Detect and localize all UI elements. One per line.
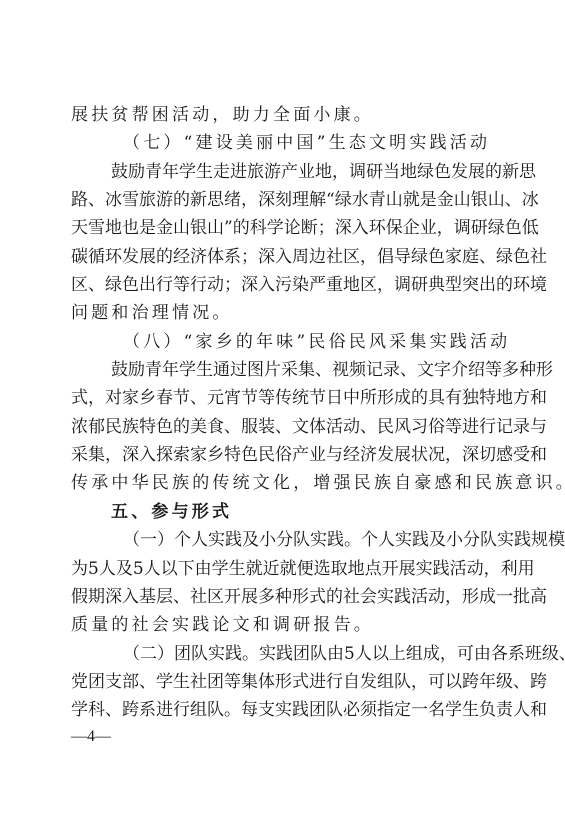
text-line: 展扶贫帮困活动，助力全面小康。 <box>71 101 499 129</box>
section-heading: 五、参与形式 <box>71 498 499 526</box>
text-line: 区、绿色出行等行动；深入污染严重地区，调研典型突出的环境 <box>71 271 499 299</box>
text-line: 鼓励青年学生通过图片采集、视频记录、文字介绍等多种形 <box>71 356 499 384</box>
text-line: 浓郁民族特色的美食、服装、文体活动、民风习俗等进行记录与 <box>71 413 499 441</box>
text-line: 为5人及5人以下由学生就近就便选取地点开展实践活动，利用 <box>71 555 499 583</box>
text-line: 路、冰雪旅游的新思绪，深刻理解“绿水青山就是金山银山、冰 <box>71 186 499 214</box>
page-number: —4— <box>71 728 111 746</box>
text-line: 传承中华民族的传统文化，增强民族自豪感和民族意识。 <box>71 469 499 497</box>
text-line: 鼓励青年学生走进旅游产业地，调研当地绿色发展的新思 <box>71 158 499 186</box>
document-page: 展扶贫帮困活动，助力全面小康。（七）“建设美丽中国”生态文明实践活动鼓励青年学生… <box>71 101 499 725</box>
subheading-line: （二）团队实践。实践团队由5人以上组成，可由各系班级、 <box>71 640 499 668</box>
text-line: 式，对家乡春节、元宵节等传统节日中所形成的具有独特地方和 <box>71 384 499 412</box>
text-line: 天雪地也是金山银山”的科学论断；深入环保企业，调研绿色低 <box>71 214 499 242</box>
text-line: 问题和治理情况。 <box>71 299 499 327</box>
subheading-line: （七）“建设美丽中国”生态文明实践活动 <box>71 129 499 157</box>
text-line: 学科、跨系进行组队。每支实践团队必须指定一名学生负责人和 <box>71 696 499 724</box>
text-line: 质量的社会实践论文和调研报告。 <box>71 611 499 639</box>
text-line: 党团支部、学生社团等集体形式进行自发组队，可以跨年级、跨 <box>71 668 499 696</box>
text-line: 采集，深入探索家乡特色民俗产业与经济发展状况，深切感受和 <box>71 441 499 469</box>
subheading-line: （八）“家乡的年味”民俗民风采集实践活动 <box>71 328 499 356</box>
text-line: 碳循环发展的经济体系；深入周边社区，倡导绿色家庭、绿色社 <box>71 243 499 271</box>
text-line: 假期深入基层、社区开展多种形式的社会实践活动，形成一批高 <box>71 583 499 611</box>
subheading-line: （一）个人实践及小分队实践。个人实践及小分队实践规模 <box>71 526 499 554</box>
